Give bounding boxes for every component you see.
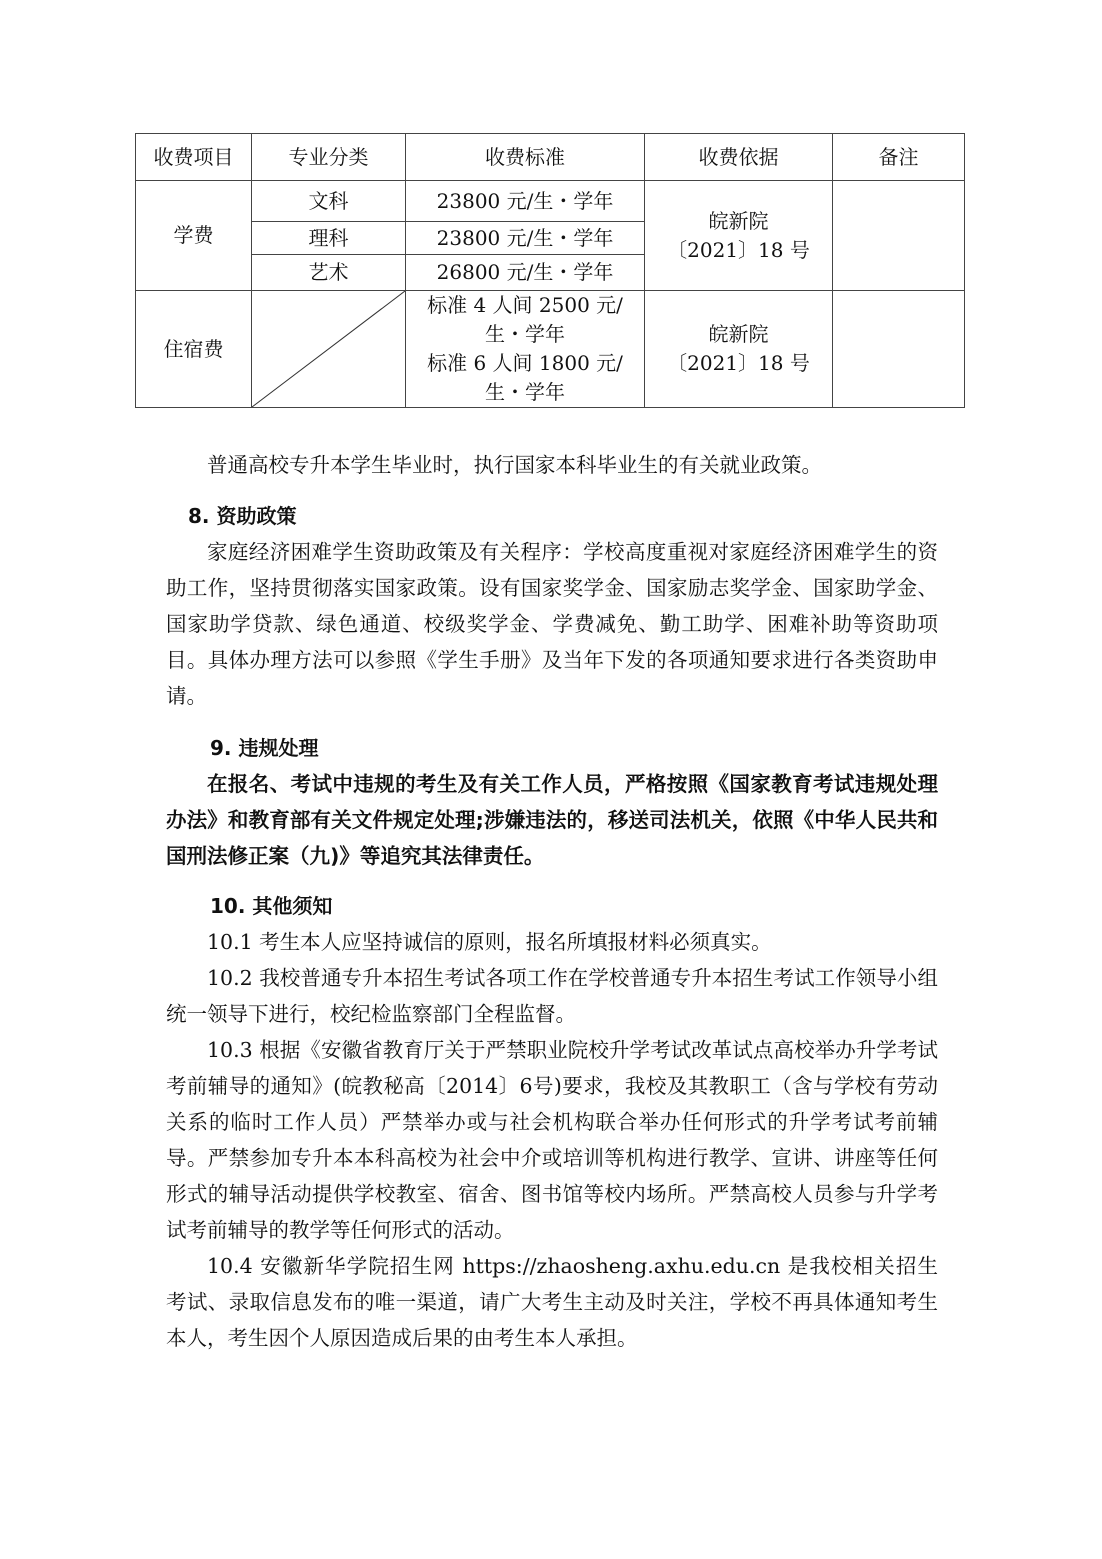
diagonal-line bbox=[252, 291, 405, 407]
section-10-item: 10.4 安徽新华学院招生网 https://zhaosheng.axhu.ed… bbox=[166, 1248, 938, 1356]
document-page: 收费项目 专业分类 收费标准 收费依据 备注 学费 文科 23800 元/生・学… bbox=[0, 0, 1102, 1559]
accommodation-standard-cell: 标准 4 人间 2500 元/ 生・学年 标准 6 人间 1800 元/ 生・学… bbox=[406, 291, 645, 408]
section-10-title: 10. 其他须知 bbox=[166, 888, 938, 924]
section-8-body: 家庭经济困难学生资助政策及有关程序：学校高度重视对家庭经济困难学生的资助工作，坚… bbox=[166, 534, 938, 714]
table-row: 学费 文科 23800 元/生・学年 皖新院 〔2021〕18 号 bbox=[136, 181, 965, 222]
tuition-note-cell bbox=[833, 181, 965, 291]
standard-cell: 26800 元/生・学年 bbox=[406, 255, 645, 291]
tuition-item-cell: 学费 bbox=[136, 181, 252, 291]
diagonal-empty-cell bbox=[252, 291, 406, 408]
section-10: 10. 其他须知 10.1 考生本人应坚持诚信的原则，报名所填报材料必须真实。 … bbox=[166, 888, 938, 1356]
employment-note: 普通高校专升本学生毕业时，执行国家本科毕业生的有关就业政策。 bbox=[166, 447, 938, 483]
employment-note-block: 普通高校专升本学生毕业时，执行国家本科毕业生的有关就业政策。 bbox=[166, 447, 938, 483]
tuition-basis-cell: 皖新院 〔2021〕18 号 bbox=[645, 181, 833, 291]
category-cell: 理科 bbox=[252, 222, 406, 255]
section-9: 9. 违规处理 在报名、考试中违规的考生及有关工作人员，严格按照《国家教育考试违… bbox=[166, 730, 938, 874]
section-10-item: 10.1 考生本人应坚持诚信的原则，报名所填报材料必须真实。 bbox=[166, 924, 938, 960]
standard-line: 生・学年 bbox=[406, 378, 644, 407]
category-cell: 文科 bbox=[252, 181, 406, 222]
section-10-item: 10.3 根据《安徽省教育厅关于严禁职业院校升学考试改革试点高校举办升学考试考前… bbox=[166, 1032, 938, 1248]
basis-line: 皖新院 bbox=[645, 320, 832, 349]
section-10-item: 10.2 我校普通专升本招生考试各项工作在学校普通专升本招生考试工作领导小组统一… bbox=[166, 960, 938, 1032]
accommodation-basis-cell: 皖新院 〔2021〕18 号 bbox=[645, 291, 833, 408]
section-9-title: 9. 违规处理 bbox=[166, 730, 938, 766]
section-8: 8. 资助政策 家庭经济困难学生资助政策及有关程序：学校高度重视对家庭经济困难学… bbox=[166, 498, 938, 714]
accommodation-note-cell bbox=[833, 291, 965, 408]
header-major-category: 专业分类 bbox=[252, 134, 406, 181]
standard-line: 生・学年 bbox=[406, 320, 644, 349]
section-8-title: 8. 资助政策 bbox=[166, 498, 938, 534]
standard-line: 标准 6 人间 1800 元/ bbox=[406, 349, 644, 378]
header-fee-standard: 收费标准 bbox=[406, 134, 645, 181]
table-row: 住宿费 标准 4 人间 2500 元/ 生・学年 标准 6 人间 1800 元/… bbox=[136, 291, 965, 408]
header-fee-basis: 收费依据 bbox=[645, 134, 833, 181]
header-fee-item: 收费项目 bbox=[136, 134, 252, 181]
standard-cell: 23800 元/生・学年 bbox=[406, 222, 645, 255]
basis-line: 〔2021〕18 号 bbox=[645, 236, 832, 265]
accommodation-item-cell: 住宿费 bbox=[136, 291, 252, 408]
fee-table: 收费项目 专业分类 收费标准 收费依据 备注 学费 文科 23800 元/生・学… bbox=[135, 133, 965, 408]
basis-line: 〔2021〕18 号 bbox=[645, 349, 832, 378]
category-cell: 艺术 bbox=[252, 255, 406, 291]
basis-line: 皖新院 bbox=[645, 207, 832, 236]
table-header-row: 收费项目 专业分类 收费标准 收费依据 备注 bbox=[136, 134, 965, 181]
section-9-body: 在报名、考试中违规的考生及有关工作人员，严格按照《国家教育考试违规处理办法》和教… bbox=[166, 766, 938, 874]
standard-cell: 23800 元/生・学年 bbox=[406, 181, 645, 222]
header-note: 备注 bbox=[833, 134, 965, 181]
standard-line: 标准 4 人间 2500 元/ bbox=[406, 291, 644, 320]
